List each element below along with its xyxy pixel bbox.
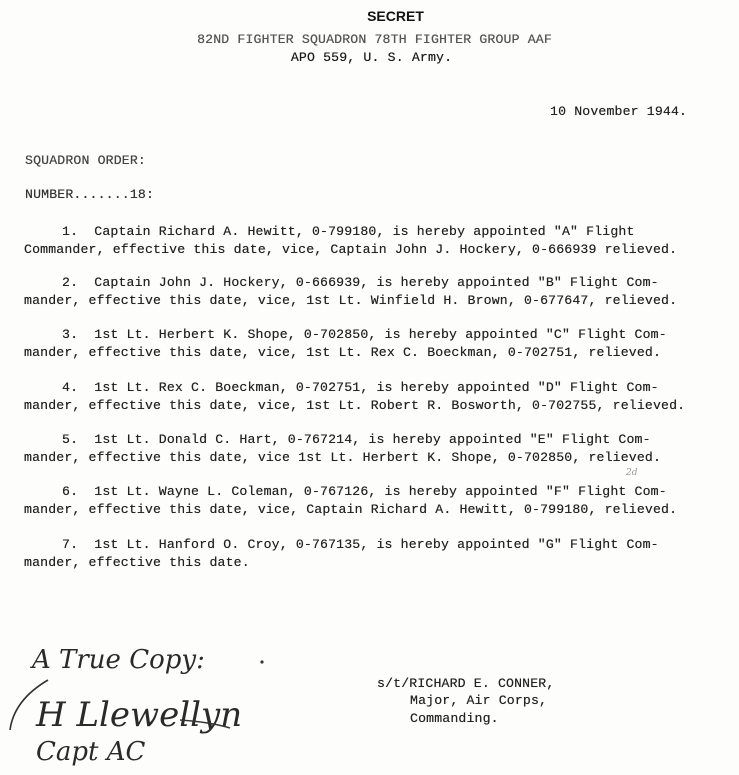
unit-heading: 82ND FIGHTER SQUADRON 78TH FIGHTER GROUP… [0, 32, 739, 47]
paragraph-line: 5. 1st Lt. Donald C. Hart, 0-767214, is … [62, 432, 651, 447]
order-number: NUMBER.......18: [25, 187, 154, 202]
paragraph-line: mander, effective this date, vice, 1st L… [24, 345, 661, 360]
ink-dot [260, 660, 263, 663]
commander-rank: Major, Air Corps, [410, 693, 547, 708]
document-page: SECRET 82ND FIGHTER SQUADRON 78TH FIGHTE… [0, 0, 739, 775]
true-copy-text: A True Copy: [30, 645, 205, 675]
classification-header: SECRET [0, 8, 739, 24]
paragraph-line: 7. 1st Lt. Hanford O. Croy, 0-767135, is… [62, 537, 659, 552]
signer-signature: H Llewellyn [35, 695, 242, 735]
certification-handwriting: A True Copy: H Llewellyn Capt AC [0, 630, 290, 775]
handwritten-annotation: 2d [626, 468, 638, 478]
paragraph-line: 6. 1st Lt. Wayne L. Coleman, 0-767126, i… [62, 484, 667, 499]
paragraph-line: 1. Captain Richard A. Hewitt, 0-799180, … [62, 224, 635, 239]
address-heading: APO 559, U. S. Army. [0, 50, 739, 65]
commander-name: s/t/RICHARD E. CONNER, [377, 676, 554, 691]
paragraph-line: mander, effective this date, vice, 1st L… [24, 398, 685, 413]
paragraph-line: mander, effective this date, vice 1st Lt… [24, 450, 661, 465]
paragraph-line: 2. Captain John J. Hockery, 0-666939, is… [62, 275, 659, 290]
paragraph-line: 3. 1st Lt. Herbert K. Shope, 0-702850, i… [62, 327, 667, 342]
paragraph-line: Commander, effective this date, vice, Ca… [24, 242, 677, 257]
paragraph-line: mander, effective this date, vice, 1st L… [24, 293, 677, 308]
paragraph-line: mander, effective this date. [24, 555, 250, 570]
commander-title: Commanding. [410, 711, 499, 726]
paragraph-line: mander, effective this date, vice, Capta… [24, 502, 677, 517]
order-date: 10 November 1944. [550, 104, 687, 119]
paragraph-line: 4. 1st Lt. Rex C. Boeckman, 0-702751, is… [62, 380, 659, 395]
order-label: SQUADRON ORDER: [25, 153, 146, 168]
signer-rank: Capt AC [36, 737, 146, 767]
